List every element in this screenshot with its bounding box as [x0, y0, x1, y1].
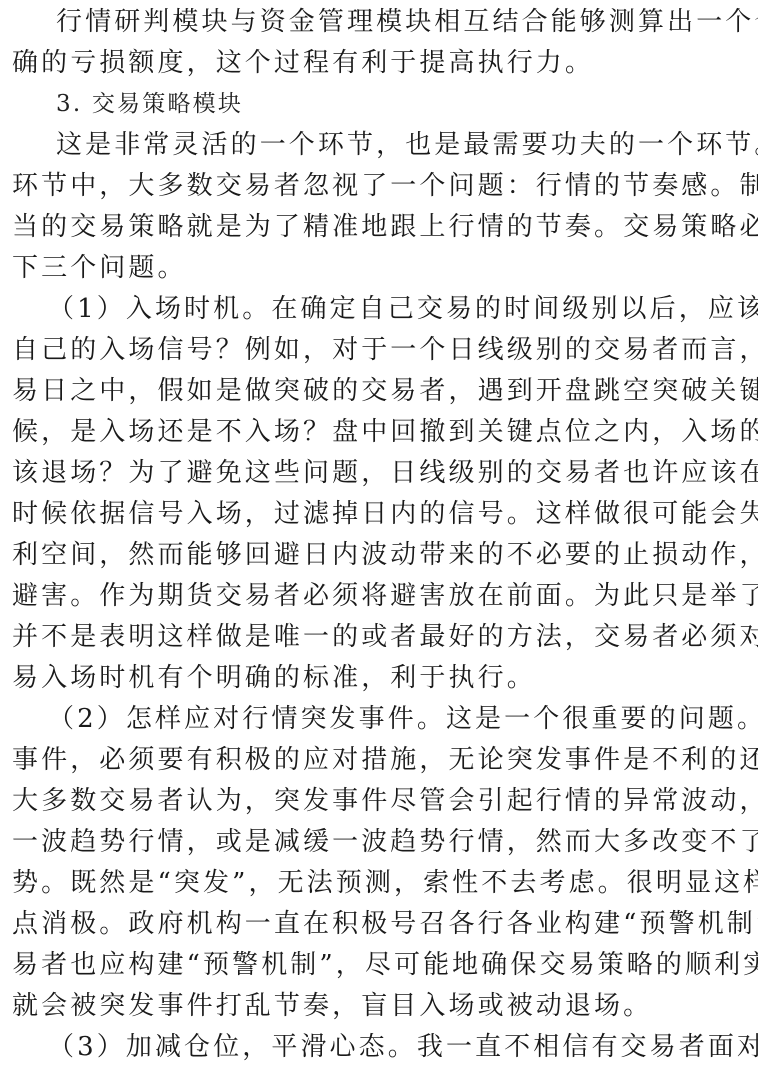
paragraph-line: （3）加减仓位，平滑心态。我一直不相信有交易者面对行情的涨: [48, 1027, 758, 1068]
paragraph-line: 势。既然是“突发”，无法预测，索性不去考虑。很明显这样的观点有: [12, 863, 752, 904]
paragraph-line: 候，是入场还是不入场？盘中回撤到关键点位之内，入场的单子该不: [12, 412, 752, 453]
paragraph-line: （1）入场时机。在确定自己交易的时间级别以后，应该如何看待: [48, 289, 758, 330]
paragraph-line: 一波趋势行情，或是减缓一波趋势行情，然而大多改变不了行情的趋: [12, 822, 752, 863]
paragraph-line: 时候依据信号入场，过滤掉日内的信号。这样做很可能会失掉一些盈: [12, 494, 752, 535]
paragraph-line: 下三个问题。: [12, 248, 752, 289]
paragraph-line: 当的交易策略就是为了精准地跟上行情的节奏。交易策略必须解决如: [12, 207, 752, 248]
paragraph-line: 大多数交易者认为，突发事件尽管会引起行情的异常波动，能够加速: [12, 781, 752, 822]
paragraph-line: 确的亏损额度，这个过程有利于提高执行力。: [12, 43, 752, 84]
paragraph-line: 行情研判模块与资金管理模块相互结合能够测算出一个合理、明: [56, 2, 758, 43]
paragraph-line: 易入场时机有个明确的标准，利于执行。: [12, 658, 752, 699]
paragraph-line: （2）怎样应对行情突发事件。这是一个很重要的问题。至于突发: [48, 699, 758, 740]
paragraph-line: 并不是表明这样做是唯一的或者最好的方法，交易者必须对自己的交: [12, 617, 752, 658]
paragraph-line: 点消极。政府机构一直在积极号召各行各业构建“预警机制”，期货交: [12, 904, 752, 945]
paragraph-line: 该退场？为了避免这些问题，日线级别的交易者也许应该在快收盘的: [12, 453, 752, 494]
paragraph-line: 易日之中，假如是做突破的交易者，遇到开盘跳空突破关键价位的时: [12, 371, 752, 412]
paragraph-line: 环节中，大多数交易者忽视了一个问题：行情的节奏感。制定一个适: [12, 166, 752, 207]
paragraph-line: 自己的入场信号？例如，对于一个日线级别的交易者而言，在整个交: [12, 330, 752, 371]
paragraph-line: 就会被突发事件打乱节奏，盲目入场或被动退场。: [12, 986, 752, 1027]
paragraph-line: 利空间，然而能够回避日内波动带来的不必要的止损动作，从而趋利: [12, 535, 752, 576]
paragraph-line: 事件，必须要有积极的应对措施，无论突发事件是不利的还是有利的。: [12, 740, 752, 781]
paragraph-line: 易者也应构建“预警机制”，尽可能地确保交易策略的顺利实施。否则: [12, 945, 752, 986]
section-heading: 3. 交易策略模块: [56, 84, 758, 125]
paragraph-line: 这是非常灵活的一个环节，也是最需要功夫的一个环节。在这个: [56, 125, 758, 166]
paragraph-line: 避害。作为期货交易者必须将避害放在前面。为此只是举了一个例子，: [12, 576, 752, 617]
